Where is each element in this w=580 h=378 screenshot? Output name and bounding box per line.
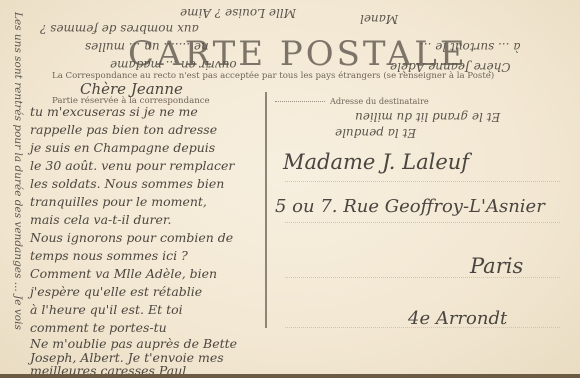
- message-line: temps nous sommes ici ?: [30, 248, 188, 263]
- message-line: Ne m'oublie pas auprès de Bette: [30, 336, 237, 351]
- message-line: Comment va Mlle Adèle, bien: [30, 266, 217, 281]
- address-rule-1: [285, 181, 560, 182]
- address-rule-2: [285, 222, 560, 223]
- margin-note: Les uns sont rentrés pour la durée des v…: [12, 12, 24, 330]
- upside-down-right-2: à ... surtout le ...: [420, 40, 520, 54]
- upside-down-right-3: Chère Jeanne Adèle: [390, 60, 511, 74]
- message-line: meilleures caresses Paul: [30, 363, 186, 378]
- postcard-back: CARTE POSTALE La Correspondance au recto…: [0, 0, 580, 378]
- message-line: j'espère qu'elle est rétablie: [30, 284, 202, 299]
- message-line: comment te portes-tu: [30, 320, 167, 335]
- salutation: Chère Jeanne: [80, 80, 183, 98]
- message-line: à l'heure qu'il est. Et toi: [30, 302, 183, 317]
- message-line: tranquilles pour le moment,: [30, 194, 207, 209]
- recipient-city: Paris: [470, 254, 523, 278]
- message-line: le 30 août. venu pour remplacer: [30, 158, 234, 173]
- upside-down-note-4: ouvrir en ... madame: [110, 58, 237, 72]
- upside-down-note-2: aux nombres de femmes ?: [40, 22, 199, 36]
- message-line: je suis en Champagne depuis: [30, 140, 215, 155]
- upside-down-note-1: Mlle Louise ? Aime: [180, 6, 296, 20]
- message-line: mais cela va-t-il durer.: [30, 212, 171, 227]
- upside-down-right-5: Et la pendule: [335, 126, 416, 140]
- upside-down-right-1: Manel: [360, 12, 398, 26]
- address-dotted-leader: [275, 101, 325, 102]
- recipient-arrondissement: 4e Arrondt: [408, 308, 507, 329]
- message-line: rappelle pas bien ton adresse: [30, 122, 217, 137]
- center-divider-line: [265, 92, 267, 328]
- upside-down-right-4: Et le grand lit du milieu: [355, 110, 500, 124]
- upside-down-note-3: ne ....... un ... mulles: [85, 40, 209, 54]
- recipient-street: 5 ou 7. Rue Geoffroy-L'Asnier: [275, 196, 545, 217]
- message-line: Nous ignorons pour combien de: [30, 230, 233, 245]
- message-line: les soldats. Nous sommes bien: [30, 176, 224, 191]
- message-line: tu m'excuseras si je ne me: [30, 104, 198, 119]
- recipient-name: Madame J. Laleuf: [283, 150, 469, 174]
- address-label: Adresse du destinataire: [330, 96, 429, 106]
